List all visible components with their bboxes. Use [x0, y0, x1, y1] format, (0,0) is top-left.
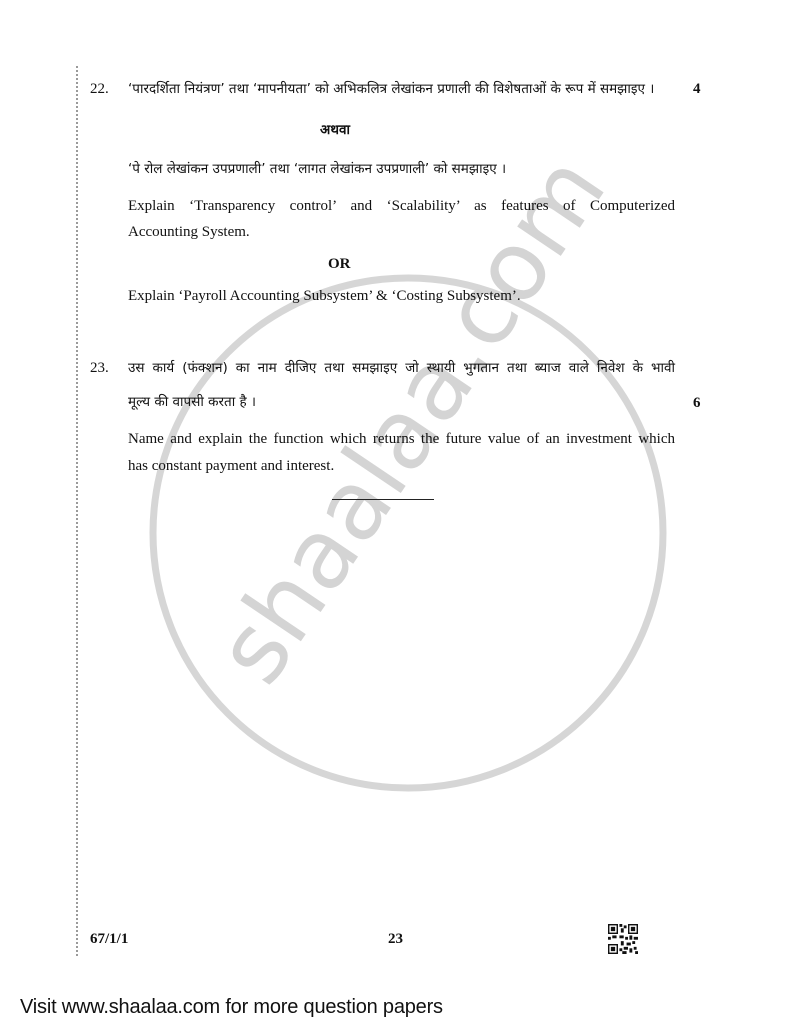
- end-separator-line: [332, 499, 434, 500]
- question-23-hindi-line1: उस कार्य (फंक्शन) का नाम दीजिए तथा समझाइ…: [128, 359, 675, 377]
- question-23-marks: 6: [693, 394, 701, 412]
- visit-shaalaa-banner[interactable]: Visit www.shaalaa.com for more question …: [20, 996, 443, 1019]
- qr-code-icon: [608, 924, 638, 954]
- paper-code: 67/1/1: [90, 930, 128, 948]
- question-23-hindi-line2: मूल्य की वापसी करता है ।: [128, 393, 256, 411]
- question-22-alt-hindi: ‘पे रोल लेखांकन उपप्रणाली’ तथा ‘लागत लेख…: [128, 160, 506, 178]
- shaalaa-watermark: shaalaa.com: [0, 0, 800, 1035]
- question-22-english-line2: Accounting System.: [128, 223, 250, 241]
- question-22-hindi: ‘पारदर्शिता नियंत्रण’ तथा ‘मापनीयता’ को …: [128, 80, 654, 98]
- svg-text:shaalaa.com: shaalaa.com: [194, 136, 627, 703]
- question-23-english-line1: Name and explain the function which retu…: [128, 430, 675, 448]
- question-23-english-line2: has constant payment and interest.: [128, 457, 334, 475]
- or-english-label: OR: [328, 255, 351, 273]
- margin-dotted-line: [76, 66, 78, 956]
- page-number: 23: [388, 930, 403, 948]
- question-22-marks: 4: [693, 80, 701, 98]
- exam-page: shaalaa.com 22. ‘पारदर्शिता नियंत्रण’ तथ…: [0, 0, 800, 1035]
- question-22-alt-english: Explain ‘Payroll Accounting Subsystem’ &…: [128, 287, 521, 305]
- question-22-number: 22.: [90, 80, 109, 98]
- or-hindi-label: अथवा: [320, 121, 350, 139]
- question-23-number: 23.: [90, 359, 109, 377]
- question-22-english-line1: Explain ‘Transparency control’ and ‘Scal…: [128, 197, 675, 215]
